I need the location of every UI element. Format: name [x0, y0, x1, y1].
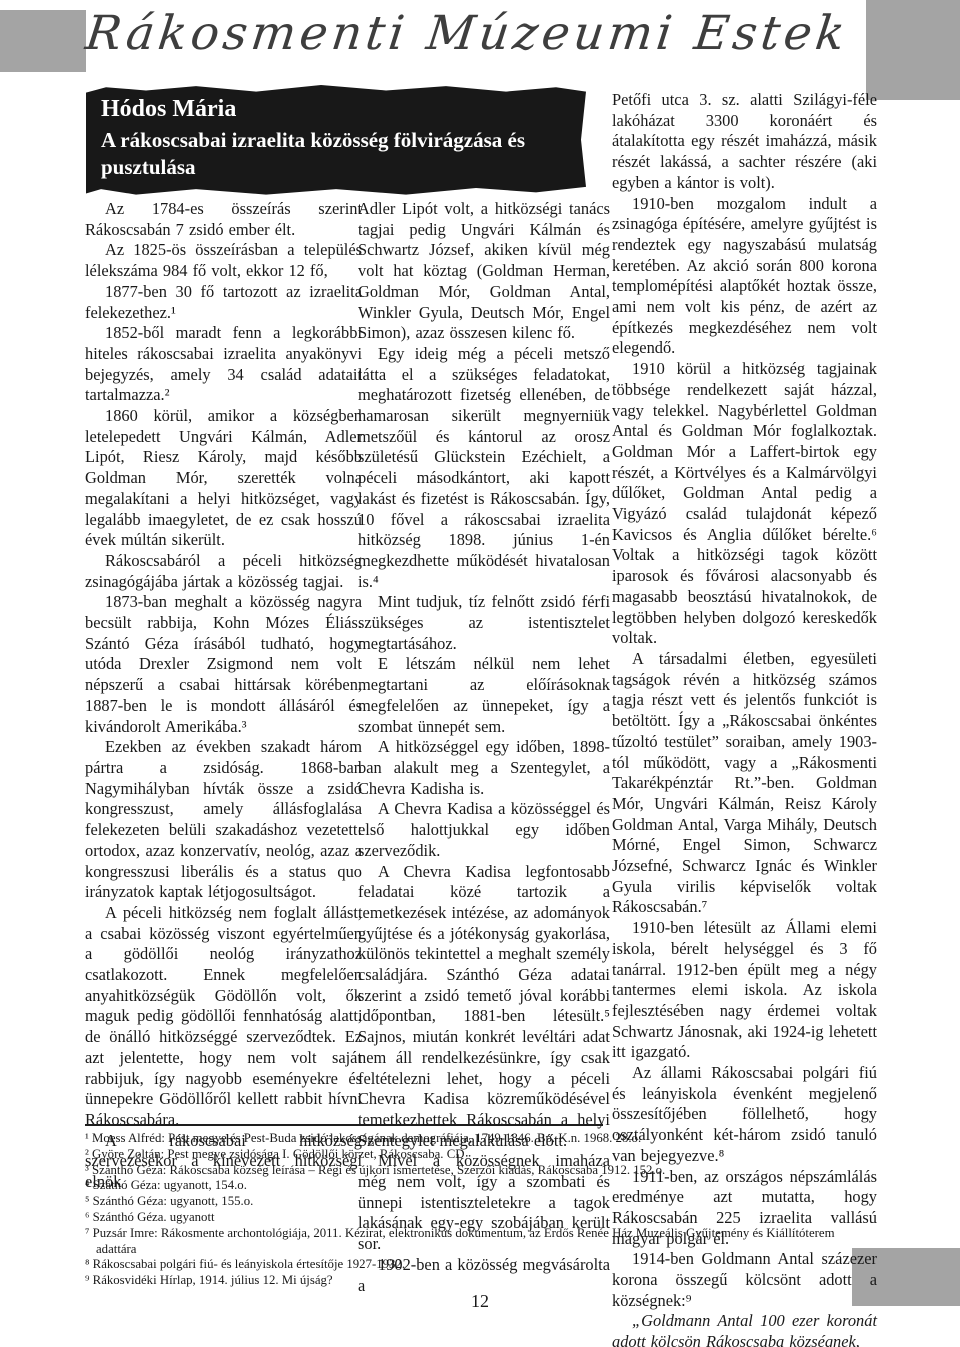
paragraph: 1910-ben létesült az Állami elemi iskola…	[612, 918, 877, 1063]
article-title-block: Hódos Mária A rákoscsabai izraelita közö…	[86, 85, 586, 195]
paragraph: Mint tudjuk, tíz felnőtt zsidó férfi szü…	[358, 592, 610, 654]
paragraph: A társadalmi életben, egyesületi tagságo…	[612, 649, 877, 918]
footnote: ⁶ Szánthó Géza. ugyanott	[85, 1210, 877, 1226]
document-page: Rákosmenti Múzeumi Estek Hódos Mária A r…	[0, 0, 960, 1347]
paragraph: 1860 körül, amikor a községben leteleped…	[85, 406, 362, 551]
paragraph: A hitközséggel egy időben, 1898-ban alak…	[358, 737, 610, 799]
footnote: ¹ Moess Alfréd: Pest megye és Pest-Buda …	[85, 1131, 877, 1147]
paragraph: Petőfi utca 3. sz. alatti Szilágyi-féle …	[612, 90, 877, 194]
paragraph: Adler Lipót volt, a hitközségi tanács ta…	[358, 199, 610, 344]
footnote: ⁵ Szánthó Géza: ugyanott, 155.o.	[85, 1194, 877, 1210]
scan-artifact-top-left	[0, 10, 86, 72]
paragraph: Az 1825-ös összeírásban a település léle…	[85, 240, 362, 281]
paragraph: Egy ideig még a péceli metsző látta el a…	[358, 344, 610, 592]
article-title: A rákoscsabai izraelita közösség fölvirá…	[101, 127, 571, 182]
footnote: ⁴ Száthó Géza: ugyanott, 154.o.	[85, 1178, 877, 1194]
footnote: ⁷ Puzsár Imre: Rákosmente archontológiáj…	[85, 1226, 877, 1258]
paragraph: A Chevra Kadisa a közösséggel és első ha…	[358, 799, 610, 861]
footnote: ⁸ Rákoscsabai polgári fiú- és leányiskol…	[85, 1257, 877, 1273]
paragraph: Rákoscsabáról a péceli hitközség zsinagó…	[85, 551, 362, 592]
paragraph: Az 1784-es összeírás szerint Rákoscsabán…	[85, 199, 362, 240]
quote-paragraph: „Goldmann Antal 100 ezer koronát adott k…	[612, 1311, 877, 1347]
footnote: ³ Szánthó Géza: Rákoscsaba község leírás…	[85, 1163, 877, 1179]
footnote: ⁹ Rákosvidéki Hírlap, 1914. július 12. M…	[85, 1273, 877, 1289]
paragraph: 1852-ből maradt fenn a legkorábbi hitele…	[85, 323, 362, 406]
publication-script-header: Rákosmenti Múzeumi Estek	[83, 6, 730, 61]
paragraph: 1873-ban meghalt a közösség nagyra becsü…	[85, 592, 362, 737]
paragraph: 1877-ben 30 fő tartozott az izraelita fe…	[85, 282, 362, 323]
text-column-1: Az 1784-es összeírás szerint Rákoscsabán…	[85, 199, 362, 1193]
footnote-separator-rule	[85, 1124, 603, 1126]
paragraph: Ezekben az években szakadt három pártra …	[85, 737, 362, 903]
paragraph: A péceli hitközség nem foglalt állást, a…	[85, 903, 362, 1131]
page-number: 12	[0, 1291, 960, 1312]
scan-artifact-top-right	[866, 0, 960, 100]
footnote: ² Györe Zoltán: Pest megye zsidósága I. …	[85, 1147, 877, 1163]
paragraph: 1910-ben mozgalom indult a zsinagóga épí…	[612, 194, 877, 360]
paragraph: E létszám nélkül nem lehet megtartani az…	[358, 654, 610, 737]
paragraph: A Chevra Kadisa legfontosabb feladatai k…	[358, 862, 610, 1152]
article-author: Hódos Mária	[101, 96, 571, 123]
footnotes-section: ¹ Moess Alfréd: Pest megye és Pest-Buda …	[85, 1131, 877, 1289]
paragraph: 1910 körül a hitközség tagjainak többség…	[612, 359, 877, 649]
